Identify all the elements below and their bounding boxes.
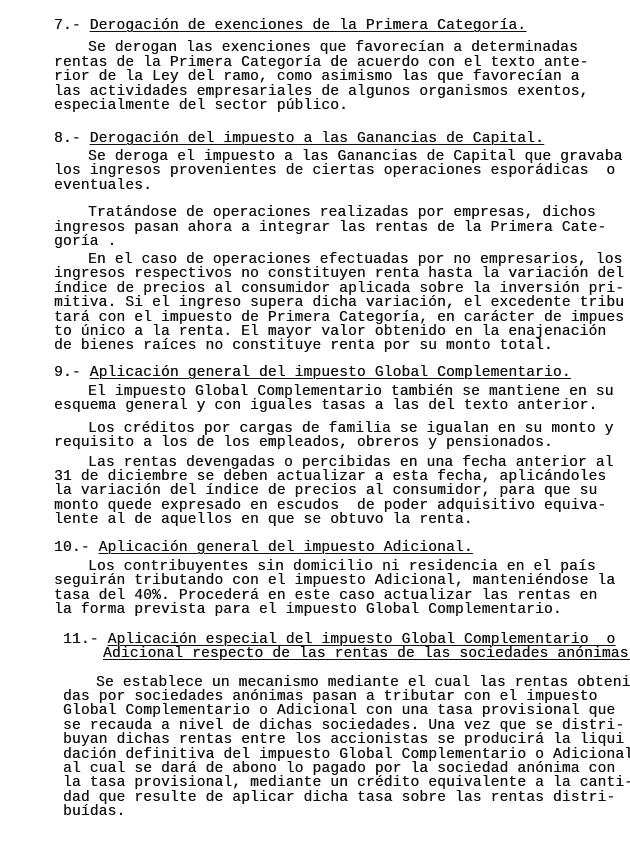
- text-line: Las rentas devengadas o percibidas en un…: [88, 456, 614, 470]
- section-heading-continuation: Adicional respecto de las rentas de las …: [103, 647, 630, 661]
- text-line: requisito a los de los empleados, obrero…: [54, 436, 553, 450]
- document-page: 7.- Derogación de exenciones de la Prime…: [0, 0, 630, 842]
- text-line: ingresos pasan ahora a integrar las rent…: [54, 221, 606, 235]
- text-line: buyan dichas rentas entre los accionista…: [63, 733, 624, 747]
- text-line: rentas de la Primera Categoría de acuerd…: [54, 56, 588, 70]
- section-number: 8.-: [54, 131, 81, 147]
- text-line: mitiva. Si el ingreso supera dicha varia…: [54, 296, 624, 310]
- section-number: 7.-: [54, 18, 81, 34]
- text-line: Global Complementario o Adicional con un…: [63, 704, 615, 718]
- text-line: Tratándose de operaciones realizadas por…: [88, 206, 596, 220]
- section-title-line-2: Adicional respecto de las rentas de las …: [103, 646, 630, 662]
- text-line: Se establece un mecanismo mediante el cu…: [96, 676, 630, 690]
- text-line: El impuesto Global Complementario tambié…: [88, 385, 614, 399]
- text-line: Se derogan las exenciones que favorecían…: [88, 41, 578, 55]
- text-line: los ingresos provenientes de ciertas ope…: [54, 164, 615, 178]
- text-line: eventuales.: [54, 179, 152, 193]
- text-line: goría .: [54, 235, 116, 249]
- text-line: de bienes raíces no constituye renta por…: [54, 339, 553, 353]
- text-line: ingresos respectivos no constituyen rent…: [54, 267, 624, 281]
- section-title: Aplicación general del impuesto Global C…: [90, 365, 571, 381]
- section-heading: 9.- Aplicación general del impuesto Glob…: [54, 366, 571, 380]
- text-line: dación definitiva del impuesto Global Co…: [63, 748, 630, 762]
- text-line: la tasa provisional, mediante un crédito…: [63, 776, 630, 790]
- section-number: 10.-: [54, 540, 90, 556]
- text-line: dad que resulte de aplicar dicha tasa so…: [63, 791, 615, 805]
- text-line: 31 de diciembre se deben actualizar a es…: [54, 470, 606, 484]
- section-heading: 11.- Aplicación especial del impuesto Gl…: [63, 633, 615, 647]
- text-line: al cual se dará de abono lo pagado por l…: [63, 762, 615, 776]
- section-heading: 7.- Derogación de exenciones de la Prime…: [54, 19, 526, 33]
- section-number: 11.-: [63, 632, 99, 648]
- text-line: monto quede expresado en escudos de pode…: [54, 499, 606, 513]
- text-line: to único a la renta. El mayor valor obte…: [54, 325, 606, 339]
- section-number: 9.-: [54, 365, 81, 381]
- text-line: esquema general y con iguales tasas a la…: [54, 399, 597, 413]
- text-line: seguirán tributando con el impuesto Adic…: [54, 574, 615, 588]
- section-title: Derogación de exenciones de la Primera C…: [90, 18, 526, 34]
- text-line: Se deroga el impuesto a las Ganancias de…: [88, 150, 622, 164]
- text-line: buídas.: [63, 805, 125, 819]
- section-heading: 10.- Aplicación general del impuesto Adi…: [54, 541, 473, 555]
- text-line: la variación del índice de precios al co…: [54, 484, 597, 498]
- text-line: das por sociedades anónimas pasan a trib…: [63, 690, 597, 704]
- text-line: En el caso de operaciones efectuadas por…: [88, 253, 622, 267]
- text-line: se recauda a nivel de dichas sociedades.…: [63, 719, 624, 733]
- text-line: las actividades empresariales de algunos…: [54, 85, 588, 99]
- text-line: índice de precios al consumidor aplicada…: [54, 282, 624, 296]
- section-title: Aplicación general del impuesto Adiciona…: [99, 540, 473, 556]
- text-line: rior de la Ley del ramo, como asimismo l…: [54, 70, 580, 84]
- text-line: la forma prevista para el impuesto Globa…: [54, 603, 562, 617]
- text-line: Los créditos por cargas de familia se ig…: [88, 422, 614, 436]
- text-line: tará con el impuesto de Primera Categorí…: [54, 311, 624, 325]
- text-line: lente al de aquellos en que se obtuvo la…: [54, 513, 473, 527]
- text-line: especialmente del sector público.: [54, 99, 348, 113]
- text-line: Los contribuyentes sin domicilio ni resi…: [88, 560, 596, 574]
- text-line: tasa del 40%. Procederá en este caso act…: [54, 589, 597, 603]
- section-heading: 8.- Derogación del impuesto a las Gananc…: [54, 132, 544, 146]
- section-title: Derogación del impuesto a las Ganancias …: [90, 131, 544, 147]
